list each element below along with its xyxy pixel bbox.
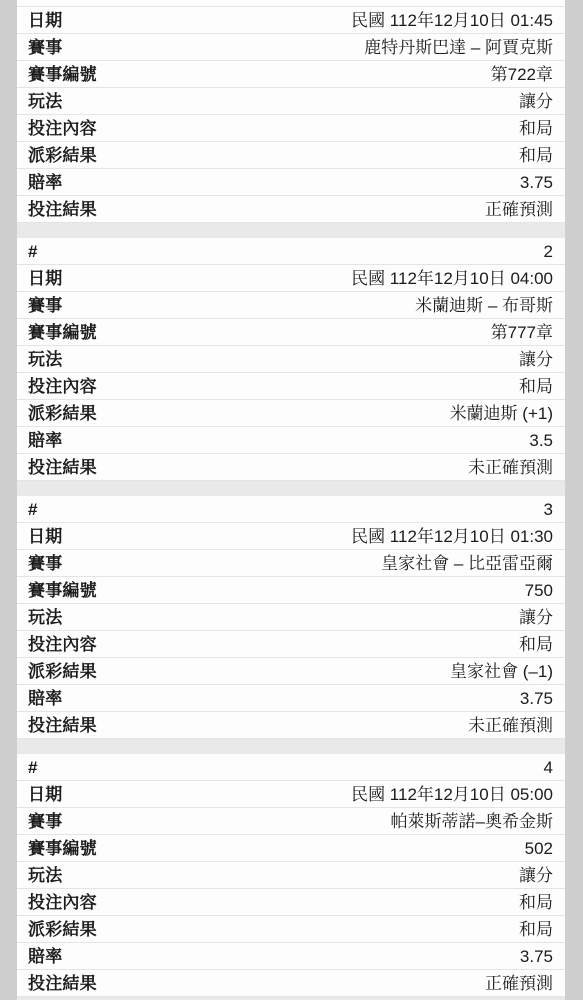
field-label: 投注結果	[28, 712, 97, 739]
record-row-play: 玩法 讓分	[17, 604, 565, 631]
field-label: 投注結果	[28, 970, 97, 997]
record-row-date: 日期 民國 112年12月10日 05:00	[17, 781, 565, 808]
field-value: 3.5	[529, 427, 553, 454]
record-row-index: # 2	[17, 238, 565, 265]
record-row-bet-result: 投注結果 正確預測	[17, 196, 565, 223]
field-label: 賠率	[28, 943, 62, 970]
record-row-odds: 賠率 3.75	[17, 169, 565, 196]
record-row-bet-result: 投注結果 正確預測	[17, 970, 565, 997]
field-label: 投注內容	[28, 889, 97, 916]
bet-record: # 1 日期 民國 112年12月10日 01:45 賽事 鹿特丹斯巴達 – 阿…	[17, 0, 565, 223]
bet-history-list: # 1 日期 民國 112年12月10日 01:45 賽事 鹿特丹斯巴達 – 阿…	[17, 0, 565, 1000]
field-value: 讓分	[519, 862, 553, 889]
field-label: 派彩結果	[28, 142, 97, 169]
field-value: 和局	[519, 916, 553, 943]
field-label: 賠率	[28, 427, 62, 454]
field-label: #	[28, 238, 38, 265]
record-row-bet-content: 投注內容 和局	[17, 631, 565, 658]
field-value: 750	[525, 577, 553, 604]
field-label: 賽事	[28, 292, 62, 319]
field-label: 投注內容	[28, 373, 97, 400]
record-row-match: 賽事 皇家社會 – 比亞雷亞爾	[17, 550, 565, 577]
record-row-date: 日期 民國 112年12月10日 01:45	[17, 7, 565, 34]
field-value: 502	[525, 835, 553, 862]
record-row-play: 玩法 讓分	[17, 88, 565, 115]
field-label: #	[28, 496, 38, 523]
field-label: 派彩結果	[28, 400, 97, 427]
field-label: 賠率	[28, 685, 62, 712]
field-value: 民國 112年12月10日 04:00	[351, 265, 553, 292]
field-value: 未正確預測	[468, 454, 553, 481]
record-row-match-no: 賽事編號 第777章	[17, 319, 565, 346]
record-row-bet-content: 投注內容 和局	[17, 115, 565, 142]
field-label: 賽事編號	[28, 319, 97, 346]
field-label: 日期	[28, 781, 62, 808]
field-value: 未正確預測	[468, 712, 553, 739]
record-row-bet-content: 投注內容 和局	[17, 889, 565, 916]
record-row-bet-result: 投注結果 未正確預測	[17, 712, 565, 739]
field-label: 日期	[28, 7, 62, 34]
field-label: 賽事	[28, 550, 62, 577]
record-row-bet-result: 投注結果 未正確預測	[17, 454, 565, 481]
field-value: 民國 112年12月10日 01:45	[351, 7, 553, 34]
record-row-play: 玩法 讓分	[17, 346, 565, 373]
field-value: 皇家社會 – 比亞雷亞爾	[381, 550, 553, 577]
record-row-date: 日期 民國 112年12月10日 01:30	[17, 523, 565, 550]
field-value: 和局	[519, 142, 553, 169]
field-value: 3.75	[520, 685, 553, 712]
field-value: 讓分	[519, 604, 553, 631]
field-value: 米蘭迪斯 (+1)	[450, 400, 553, 427]
field-label: #	[28, 754, 38, 781]
field-value: 帕萊斯蒂諾–奧希金斯	[391, 808, 553, 835]
field-label: 派彩結果	[28, 658, 97, 685]
field-label: 賠率	[28, 169, 62, 196]
field-label: 玩法	[28, 346, 62, 373]
field-value: 讓分	[519, 88, 553, 115]
record-row-payout: 派彩結果 和局	[17, 142, 565, 169]
field-label: 玩法	[28, 862, 62, 889]
field-value: 和局	[519, 115, 553, 142]
record-row-match-no: 賽事編號 750	[17, 577, 565, 604]
field-label: 日期	[28, 265, 62, 292]
record-row-match-no: 賽事編號 第722章	[17, 61, 565, 88]
field-label: 派彩結果	[28, 916, 97, 943]
field-value: 皇家社會 (–1)	[450, 658, 553, 685]
field-label: 玩法	[28, 88, 62, 115]
field-value: 和局	[519, 373, 553, 400]
field-label: 賽事編號	[28, 61, 97, 88]
field-label: 玩法	[28, 604, 62, 631]
field-label: 賽事	[28, 34, 62, 61]
bet-record: # 4 日期 民國 112年12月10日 05:00 賽事 帕萊斯蒂諾–奧希金斯…	[17, 754, 565, 997]
record-row-match: 賽事 鹿特丹斯巴達 – 阿賈克斯	[17, 34, 565, 61]
field-label: 賽事	[28, 808, 62, 835]
bet-record: # 3 日期 民國 112年12月10日 01:30 賽事 皇家社會 – 比亞雷…	[17, 496, 565, 739]
field-label: 投注內容	[28, 115, 97, 142]
field-label: 賽事編號	[28, 577, 97, 604]
record-row-match: 賽事 帕萊斯蒂諾–奧希金斯	[17, 808, 565, 835]
record-row-payout: 派彩結果 米蘭迪斯 (+1)	[17, 400, 565, 427]
record-row-play: 玩法 讓分	[17, 862, 565, 889]
record-row-match-no: 賽事編號 502	[17, 835, 565, 862]
field-value: 民國 112年12月10日 05:00	[351, 781, 553, 808]
field-label: 賽事編號	[28, 835, 97, 862]
record-row-match: 賽事 米蘭迪斯 – 布哥斯	[17, 292, 565, 319]
record-row-odds: 賠率 3.75	[17, 943, 565, 970]
field-value: 3	[544, 496, 553, 523]
field-label: 日期	[28, 523, 62, 550]
field-value: 正確預測	[485, 196, 553, 223]
record-row-index: # 3	[17, 496, 565, 523]
field-value: 第777章	[491, 319, 553, 346]
records-container: # 1 日期 民國 112年12月10日 01:45 賽事 鹿特丹斯巴達 – 阿…	[17, 0, 565, 997]
bet-record: # 2 日期 民國 112年12月10日 04:00 賽事 米蘭迪斯 – 布哥斯…	[17, 238, 565, 481]
field-value: 和局	[519, 631, 553, 658]
field-value: 第722章	[491, 61, 553, 88]
field-value: 讓分	[519, 346, 553, 373]
field-value: 民國 112年12月10日 01:30	[351, 523, 553, 550]
field-value: 和局	[519, 889, 553, 916]
record-row-index: # 4	[17, 754, 565, 781]
field-value: 4	[544, 754, 553, 781]
record-row-odds: 賠率 3.75	[17, 685, 565, 712]
field-value: 鹿特丹斯巴達 – 阿賈克斯	[364, 34, 553, 61]
field-label: 投注結果	[28, 196, 97, 223]
field-value: 米蘭迪斯 – 布哥斯	[415, 292, 553, 319]
field-label: 投注結果	[28, 454, 97, 481]
record-row-payout: 派彩結果 和局	[17, 916, 565, 943]
field-value: 3.75	[520, 943, 553, 970]
field-value: 2	[544, 238, 553, 265]
field-value: 正確預測	[485, 970, 553, 997]
record-row-odds: 賠率 3.5	[17, 427, 565, 454]
field-label: 投注內容	[28, 631, 97, 658]
record-row-bet-content: 投注內容 和局	[17, 373, 565, 400]
record-row-payout: 派彩結果 皇家社會 (–1)	[17, 658, 565, 685]
record-row-date: 日期 民國 112年12月10日 04:00	[17, 265, 565, 292]
field-value: 3.75	[520, 169, 553, 196]
